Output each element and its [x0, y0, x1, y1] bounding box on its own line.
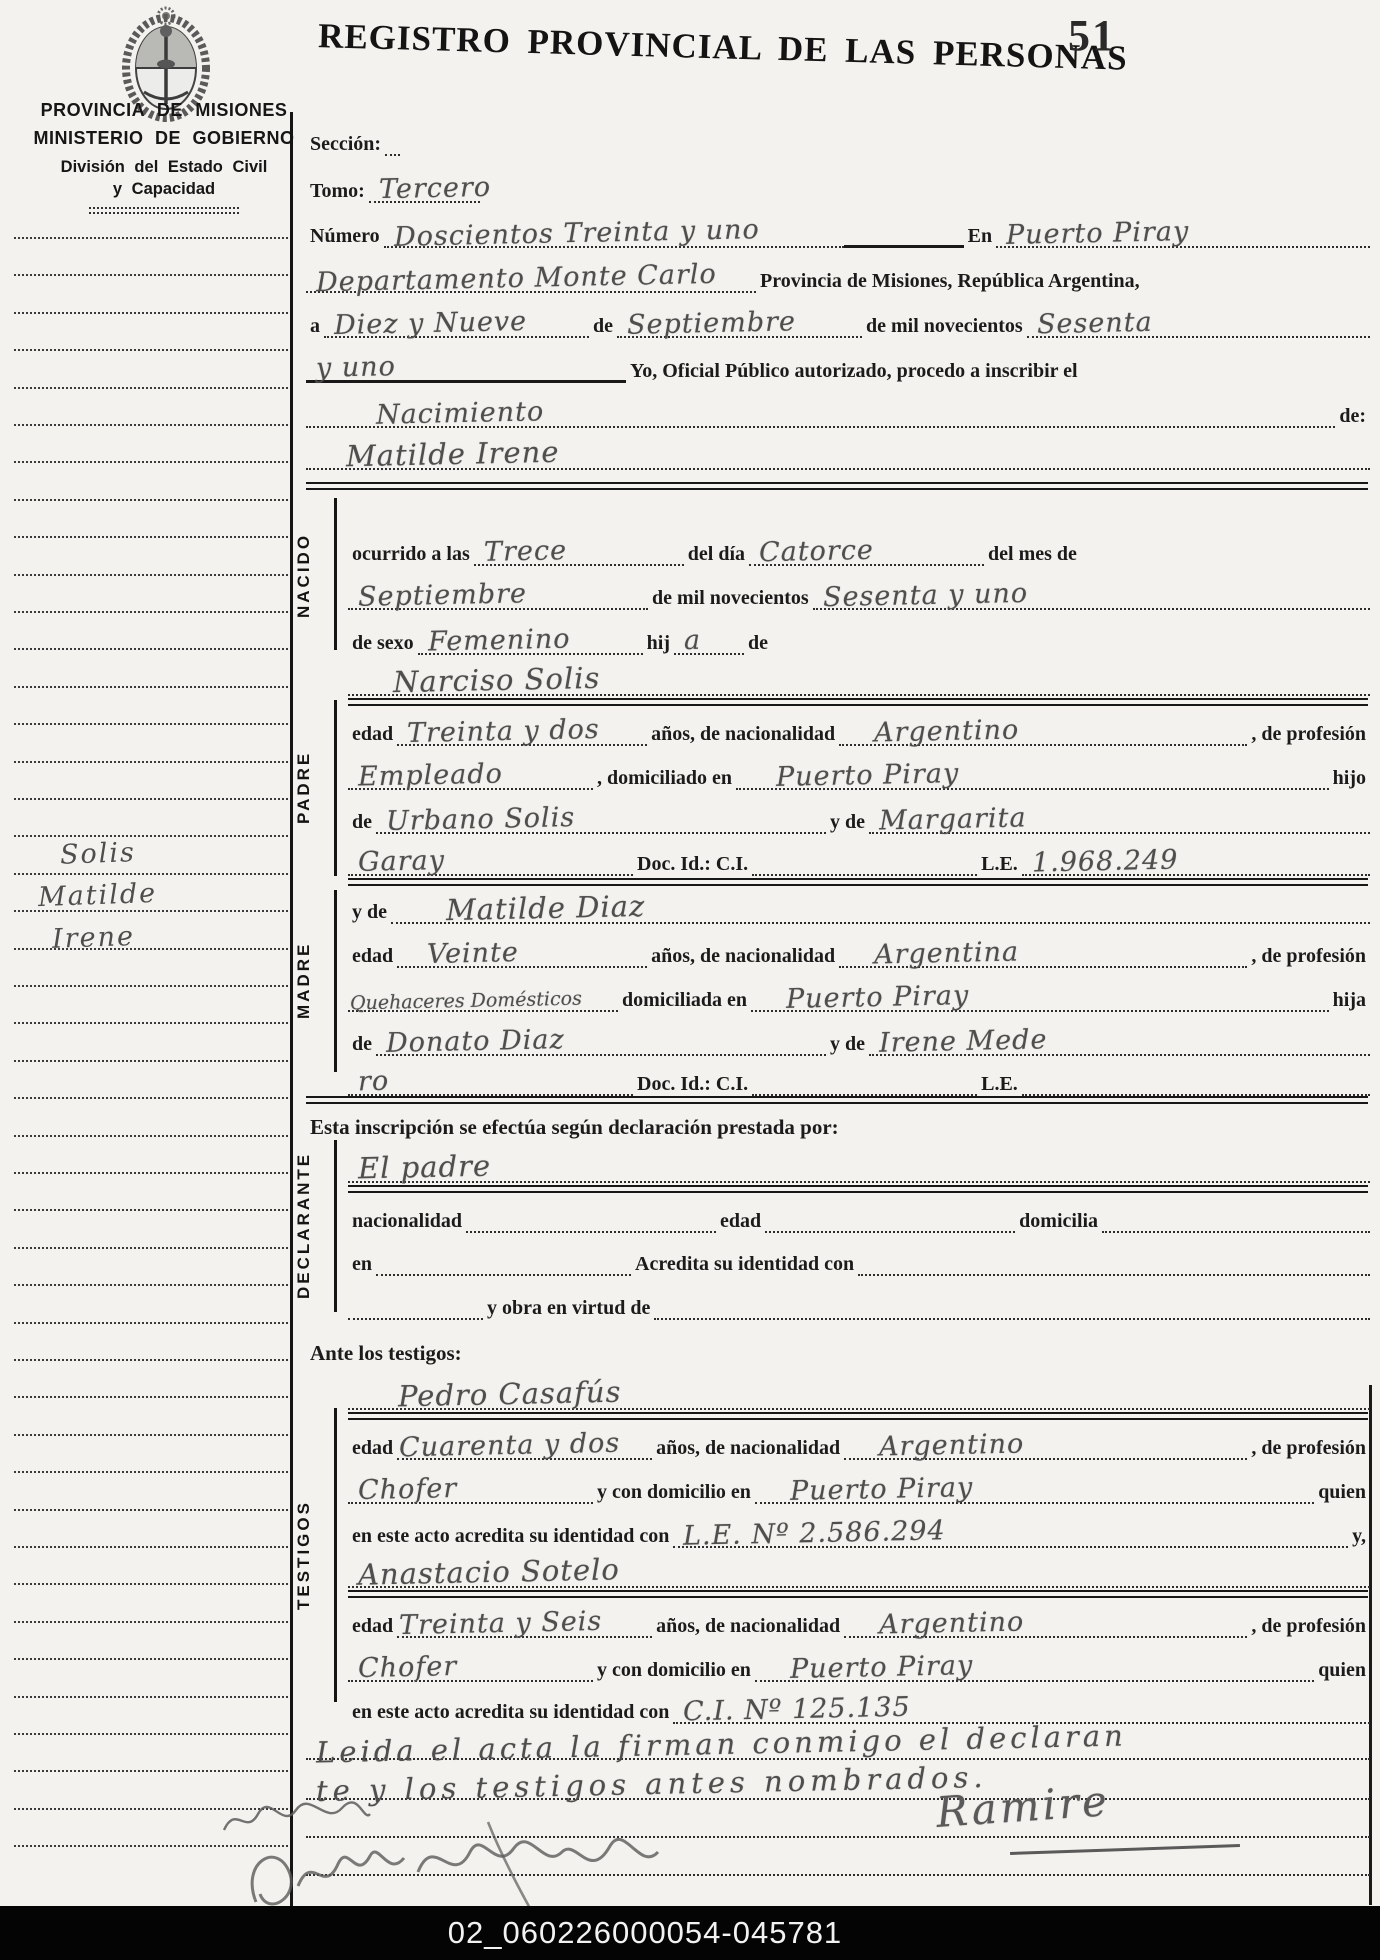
mes-nacimiento-field: Septiembre [348, 600, 648, 610]
margin-ruled-line [14, 1322, 288, 1324]
row-testigo2-domicilio: Chofer y con domicilio en Puerto Piray q… [348, 1644, 1370, 1682]
del-dia-label: del día [684, 544, 749, 566]
padre-profesion-label: , de profesión [1247, 724, 1370, 746]
row-madre-nombre: y de Matilde Diaz [348, 886, 1370, 924]
inscripto-nombre: Matilde Irene [346, 438, 560, 471]
row-tomo: Tomo: Tercero [306, 165, 480, 203]
madre-domicilio-label: domiciliada en [618, 990, 751, 1012]
section-label-declarante: DECLARANTE [294, 1135, 330, 1315]
margin-ruled-line [14, 1733, 288, 1735]
row-cierre-1: Leida el acta la firman conmigo el decla… [306, 1722, 1370, 1760]
madre-doc-label: Doc. Id.: C.I. [633, 1074, 752, 1096]
padre-de-label: de [348, 812, 376, 834]
margin-ruled-line [14, 461, 288, 463]
form-left-border [290, 112, 293, 1906]
margin-ruled-line [14, 985, 288, 987]
numero-filler-line [844, 237, 964, 248]
margin-ruled-line [14, 1209, 288, 1211]
padre-abuela-value-1: Margarita [879, 804, 1027, 834]
padre-nombre-value: Narciso Solis [393, 664, 601, 697]
row-testigo1-nombre: Pedro Casafús [348, 1372, 1370, 1410]
testigo2-nombre-field: Anastacio Sotelo [348, 1578, 1370, 1588]
margin-ruled-line [14, 499, 288, 501]
row-declarante-datos: nacionalidad edad domicilia [348, 1195, 1370, 1233]
declarante-en-field [376, 1266, 631, 1276]
madre-nombre-field: Matilde Diaz [391, 914, 1370, 924]
padre-ci-field [752, 866, 977, 876]
seccion-field [385, 146, 400, 156]
testigo2-documento-value: C.I. Nº 125.135 [683, 1694, 911, 1726]
margin-ruled-line [14, 574, 288, 576]
testigo1-edad-label: edad [348, 1438, 397, 1460]
row-madre-abuelos: de Donato Diaz y de Irene Mede [348, 1018, 1370, 1056]
rule-under-padre-nombre [348, 698, 1368, 706]
anio-nacimiento-field: Sesenta y uno [813, 600, 1370, 610]
tomo-value: Tercero [379, 174, 492, 203]
declarante-edad-label: edad [716, 1211, 765, 1233]
testigo1-documento-value: L.E. Nº 2.586.294 [683, 1517, 946, 1549]
row-acto: Nacimiento de: [306, 390, 1370, 428]
madre-domicilio-field: Puerto Piray [751, 1002, 1329, 1012]
margin-ruled-line [14, 424, 288, 426]
padre-domicilio-field: Puerto Piray [736, 780, 1329, 790]
testigo2-nombre-value: Anastacio Sotelo [358, 1555, 620, 1589]
margin-ruled-line [14, 312, 288, 314]
padre-y-de-label: y de [826, 812, 869, 834]
declarante-obra-pre-field [348, 1310, 483, 1320]
row-departamento: Departamento Monte Carlo Provincia de Mi… [306, 255, 1370, 293]
testigo1-acredita-label: en este acto acredita su identidad con [348, 1526, 673, 1548]
padre-profesion-field: Empleado [348, 780, 593, 790]
section-bracket-testigos [334, 1408, 337, 1702]
mes-field: Septiembre [617, 328, 862, 338]
margin-ruled-line [14, 1434, 288, 1436]
tomo-field: Tercero [369, 193, 480, 203]
row-padre-abuelos: de Urbano Solis y de Margarita [348, 796, 1370, 834]
declarante-obra-label: y obra en virtud de [483, 1298, 654, 1320]
madre-de-label: de [348, 1034, 376, 1056]
declarante-domicilia-field [1102, 1223, 1370, 1233]
numero-value: Doscientos Treinta y uno [393, 216, 759, 251]
margin-ruled-line [14, 1097, 288, 1099]
margin-note: Solis Matilde Irene [38, 838, 157, 964]
margin-ruled-line [14, 1022, 288, 1024]
acto-field: Nacimiento [306, 418, 1335, 428]
mes-nacimiento-value: Septiembre [358, 580, 528, 611]
row-testigo2-documento: en este acto acredita su identidad con C… [348, 1686, 1370, 1724]
margin-ruled-line [14, 761, 288, 763]
madre-edad-value: Veinte [427, 939, 519, 968]
madre-profesion-label: , de profesión [1247, 946, 1370, 968]
padre-abuela-value-2: Garay [358, 847, 445, 876]
madre-abuela-value-1: Irene Mede [879, 1026, 1048, 1057]
row-testigo1-edad: edad Cuarenta y dos años, de nacionalida… [348, 1422, 1370, 1460]
margin-ruled-line [14, 1546, 288, 1548]
margin-ruled-line [14, 237, 288, 239]
madre-abuelo-value: Donato Diaz [386, 1026, 565, 1057]
declarante-en-label: en [348, 1254, 376, 1276]
margin-ruled-line [14, 723, 288, 725]
padre-le-label: L.E. [977, 854, 1022, 876]
declarante-intro-text: Esta inscripción se efectúa según declar… [306, 1117, 843, 1140]
testigo1-nacionalidad-field: Argentino [844, 1450, 1247, 1460]
row-madre-doc: ro Doc. Id.: C.I. L.E. [348, 1058, 1370, 1096]
rule-under-padre [348, 878, 1368, 886]
testigo1-nacionalidad-value: Argentino [879, 1430, 1025, 1460]
padre-domicilio-value: Puerto Piray [776, 760, 960, 791]
hij-sufijo-field: a [674, 645, 744, 655]
padre-abuelo-value: Urbano Solis [386, 804, 576, 835]
margin-ruled-line [14, 349, 288, 351]
en-value: Puerto Piray [1006, 218, 1190, 249]
padre-nacionalidad-value: Argentino [874, 716, 1020, 746]
de-label: de [589, 316, 617, 338]
row-sexo: de sexo Femenino hij a de [348, 617, 820, 655]
section-label-testigos: TESTIGOS [294, 1405, 330, 1705]
row-padre-doc: Garay Doc. Id.: C.I. L.E. 1.968.249 [348, 838, 1370, 876]
row-declarante-valor: El padre [348, 1145, 1370, 1183]
margin-ruled-line [14, 648, 288, 650]
page-number: 51 [1068, 10, 1116, 61]
testigo1-nombre-value: Pedro Casafús [398, 1378, 622, 1412]
row-seccion: Sección: [306, 118, 400, 156]
agency-line-4: y Capacidad [18, 180, 310, 199]
row-inscripto: Matilde Irene [306, 432, 1370, 470]
section-label-nacido: NACIDO [294, 495, 330, 655]
padre-nombre-field: Narciso Solis [348, 686, 1370, 696]
section-bracket-padre [334, 700, 337, 876]
agency-line-1: PROVINCIA DE MISIONES [18, 100, 310, 121]
testigo2-edad-value: Treinta y Seis [399, 1608, 603, 1639]
madre-edad-field: Veinte [397, 958, 647, 968]
agency-line-3: División del Estado Civil [18, 158, 310, 177]
madre-nacionalidad-label: años, de nacionalidad [647, 946, 839, 968]
padre-abuelo-field: Urbano Solis [376, 824, 826, 834]
ocurrido-label: ocurrido a las [348, 544, 474, 566]
margin-ruled-line [14, 1583, 288, 1585]
testigo2-profesion-value: Chofer [358, 1653, 458, 1682]
row-testigo2-nombre: Anastacio Sotelo [348, 1550, 1370, 1588]
testigo1-domicilio-field: Puerto Piray [755, 1494, 1314, 1504]
del-mes-label: del mes de [984, 544, 1081, 566]
margin-ruled-line [14, 1658, 288, 1660]
margin-note-name2: Irene [51, 920, 157, 955]
margin-ruled-line [14, 611, 288, 613]
madre-le-field [1022, 1086, 1370, 1096]
section-bracket-declarante [334, 1140, 337, 1312]
margin-ruled-line [14, 1621, 288, 1623]
margin-ruled-line [14, 1509, 288, 1511]
margin-ruled-line [14, 798, 288, 800]
testigo2-profesion-label: , de profesión [1247, 1616, 1370, 1638]
dia-value: Diez y Nueve [334, 308, 528, 339]
declarante-domicilia-label: domicilia [1015, 1211, 1102, 1233]
hora-field: Trece [474, 556, 684, 566]
margin-ruled-line [14, 1359, 288, 1361]
rule-under-inscripto [306, 482, 1368, 490]
row-testigo1-documento: en este acto acredita su identidad con L… [348, 1510, 1370, 1548]
departamento-value: Departamento Monte Carlo [316, 261, 717, 296]
declarante-edad-field [765, 1223, 1015, 1233]
novecientos-nacido-text: de mil novecientos [648, 588, 813, 610]
testigo1-domicilio-value: Puerto Piray [790, 1474, 974, 1505]
declarante-acredita-label: Acredita su identidad con [631, 1254, 858, 1276]
footer-code: 02_060226000054-045781 [0, 1915, 1290, 1951]
rule-under-testigo1-nombre [348, 1412, 1368, 1420]
sexo-field: Femenino [418, 645, 643, 655]
margin-note-name1: Matilde [37, 878, 157, 913]
scanned-birth-record-page: REGISTRO PROVINCIAL DE LAS PERSONAS 51 P… [0, 0, 1380, 1960]
padre-hijo-label: hijo [1329, 768, 1370, 790]
madre-edad-label: edad [348, 946, 397, 968]
padre-abuela-field-2: Garay [348, 866, 633, 876]
testigo2-domicilio-value: Puerto Piray [790, 1652, 974, 1683]
testigo2-domicilio-field: Puerto Piray [755, 1672, 1314, 1682]
declarante-acredita-field [858, 1266, 1370, 1276]
anio-value-2: y uno [316, 353, 396, 382]
en-label: En [964, 226, 996, 248]
sexo-label: de sexo [348, 633, 418, 655]
testigo2-edad-field: Treinta y Seis [397, 1628, 652, 1638]
de-hijo-label: de [744, 633, 772, 655]
declarante-valor: El padre [358, 1152, 492, 1184]
section-label-padre: PADRE [294, 695, 330, 880]
novecientos-text: de mil novecientos [862, 316, 1027, 338]
margin-ruled-line [14, 686, 288, 688]
cierre-field-2: te y los testigos antes nombrados. [306, 1790, 1370, 1800]
rule-under-declarante [348, 1185, 1368, 1193]
madre-abuela-field: Irene Mede [869, 1046, 1370, 1056]
provincia-text: Provincia de Misiones, República Argenti… [756, 271, 1144, 293]
hij-label: hij [643, 633, 674, 655]
padre-domicilio-label: , domiciliado en [593, 768, 736, 790]
numero-label: Número [306, 226, 384, 248]
oficial-text: Yo, Oficial Público autorizado, procedo … [626, 361, 1082, 383]
margin-ruled-line [14, 274, 288, 276]
madre-profesion-field: Quehaceres Domésticos [348, 1002, 618, 1012]
anio-field-2: y uno [306, 372, 626, 383]
row-padre-domicilio: Empleado , domiciliado en Puerto Piray h… [348, 752, 1370, 790]
dia-nacimiento-field: Catorce [749, 556, 984, 566]
row-madre-edad: edad Veinte años, de nacionalidad Argent… [348, 930, 1370, 968]
testigo2-edad-label: edad [348, 1616, 397, 1638]
page-title: REGISTRO PROVINCIAL DE LAS PERSONAS [318, 16, 1029, 76]
row-numero: Número Doscientos Treinta y uno En Puert… [306, 210, 1370, 248]
declarante-obra-field [654, 1310, 1370, 1320]
testigo1-domicilio-label: y con domicilio en [593, 1482, 755, 1504]
padre-edad-field: Treinta y dos [397, 736, 647, 746]
madre-y-de-label-2: y de [826, 1034, 869, 1056]
numero-field: Doscientos Treinta y uno [384, 238, 844, 248]
margin-ruled-line [14, 1696, 288, 1698]
inscripto-field: Matilde Irene [306, 460, 1370, 470]
margin-ruled-line [14, 1247, 288, 1249]
en-field: Puerto Piray [996, 238, 1370, 248]
testigo1-documento-field: L.E. Nº 2.586.294 [673, 1538, 1348, 1548]
margin-note-surname: Solis [59, 836, 157, 870]
dia-field: Diez y Nueve [324, 328, 589, 338]
row-madre-domicilio: Quehaceres Domésticos domiciliada en Pue… [348, 974, 1370, 1012]
agency-underline [89, 207, 239, 214]
agency-block: PROVINCIA DE MISIONES MINISTERIO DE GOBI… [18, 100, 310, 214]
madre-nombre-value: Matilde Diaz [446, 892, 646, 925]
anio-nacimiento-value: Sesenta y uno [822, 580, 1028, 611]
cierre-line-1: Leida el acta la firman conmigo el decla… [316, 1722, 1127, 1768]
margin-ruled-line [14, 1770, 288, 1772]
margin-ruled-line [14, 1172, 288, 1174]
row-testigos-intro: Ante los testigos: [306, 1328, 1370, 1366]
agency-line-2: MINISTERIO DE GOBIERNO [18, 128, 310, 149]
padre-profesion-value: Empleado [358, 760, 503, 790]
rule-under-testigo2-nombre [348, 1590, 1368, 1598]
testigo2-nacionalidad-label: años, de nacionalidad [652, 1616, 844, 1638]
row-oficial: y uno Yo, Oficial Público autorizado, pr… [306, 345, 1370, 383]
testigo1-profesion-value: Chofer [358, 1475, 458, 1504]
section-bracket-madre [334, 890, 337, 1072]
madre-ci-field [752, 1086, 977, 1096]
testigo1-y-label: y, [1348, 1526, 1370, 1548]
madre-y-de-label: y de [348, 902, 391, 924]
dia-nacimiento-value: Catorce [759, 537, 874, 566]
margin-ruled-line [14, 1471, 288, 1473]
padre-edad-label: edad [348, 724, 397, 746]
row-declarante-identidad: en Acredita su identidad con [348, 1238, 1370, 1276]
madre-le-label: L.E. [977, 1074, 1022, 1096]
testigo2-profesion-field: Chofer [348, 1672, 593, 1682]
anio-value-1: Sesenta [1036, 309, 1152, 338]
row-padre-nombre: Narciso Solis [348, 658, 1370, 696]
testigo1-profesion-field: Chofer [348, 1494, 593, 1504]
row-nacido-mes-anio: Septiembre de mil novecientos Sesenta y … [348, 572, 1370, 610]
margin-ruled-line [14, 1135, 288, 1137]
testigo2-nacionalidad-value: Argentino [879, 1608, 1025, 1638]
row-padre-edad: edad Treinta y dos años, de nacionalidad… [348, 708, 1370, 746]
madre-abuela-value-2: ro [358, 1068, 390, 1096]
madre-nacionalidad-field: Argentina [839, 958, 1247, 968]
acto-value: Nacimiento [376, 398, 545, 429]
section-bracket-nacido [334, 498, 337, 650]
hij-sufijo-value: a [684, 627, 702, 654]
margin-ruled-line [14, 536, 288, 538]
declarante-field: El padre [348, 1173, 1370, 1183]
row-declarante-obra: y obra en virtud de [348, 1282, 1370, 1320]
testigo2-nacionalidad-field: Argentino [844, 1628, 1247, 1638]
madre-profesion-value: Quehaceres Domésticos [350, 990, 582, 1014]
footer-bar: 02_060226000054-045781 [0, 1906, 1380, 1960]
margin-ruled-line [14, 1396, 288, 1398]
row-cierre-2: te y los testigos antes nombrados. [306, 1762, 1370, 1800]
madre-abuela-field-2: ro [348, 1086, 633, 1096]
testigo1-edad-field: Cuarenta y dos [397, 1450, 652, 1460]
margin-ruled-line [14, 387, 288, 389]
row-testigo2-edad: edad Treinta y Seis años, de nacionalida… [348, 1600, 1370, 1638]
padre-nacionalidad-field: Argentino [839, 736, 1247, 746]
testigos-intro-text: Ante los testigos: [306, 1343, 466, 1366]
mes-value: Septiembre [627, 308, 797, 339]
testigo1-nombre-field: Pedro Casafús [348, 1400, 1370, 1410]
sexo-value: Femenino [427, 626, 570, 656]
departamento-field: Departamento Monte Carlo [306, 283, 756, 293]
margin-ruled-line [14, 1284, 288, 1286]
padre-abuela-field: Margarita [869, 824, 1370, 834]
anio-field: Sesenta [1027, 328, 1370, 338]
padre-nacionalidad-label: años, de nacionalidad [647, 724, 839, 746]
testigo1-profesion-label: , de profesión [1247, 1438, 1370, 1460]
declarante-nacionalidad-field [466, 1223, 716, 1233]
row-fecha: a Diez y Nueve de Septiembre de mil nove… [306, 300, 1370, 338]
testigo2-acredita-label: en este acto acredita su identidad con [348, 1702, 673, 1724]
madre-hija-label: hija [1329, 990, 1370, 1012]
madre-domicilio-value: Puerto Piray [786, 982, 970, 1013]
row-nacido-hora-dia: ocurrido a las Trece del día Catorce del… [348, 528, 1370, 566]
row-declarante-intro: Esta inscripción se efectúa según declar… [306, 1102, 1370, 1140]
declarante-nacionalidad-label: nacionalidad [348, 1211, 466, 1233]
madre-abuelo-field: Donato Diaz [376, 1046, 826, 1056]
section-label-madre: MADRE [294, 885, 330, 1075]
hora-value: Trece [484, 537, 568, 566]
padre-doc-label: Doc. Id.: C.I. [633, 854, 752, 876]
testigo1-edad-value: Cuarenta y dos [399, 1430, 621, 1462]
testigo2-quien-label: quien [1314, 1660, 1370, 1682]
padre-le-value: 1.968.249 [1032, 846, 1179, 876]
seccion-label: Sección: [306, 134, 385, 156]
madre-nacionalidad-value: Argentina [874, 938, 1020, 968]
row-testigo1-domicilio: Chofer y con domicilio en Puerto Piray q… [348, 1466, 1370, 1504]
tomo-label: Tomo: [306, 181, 369, 203]
padre-edad-value: Treinta y dos [407, 716, 600, 747]
de-suffix: de: [1335, 406, 1370, 428]
cierre-field-1: Leida el acta la firman conmigo el decla… [306, 1750, 1370, 1760]
testigo2-domicilio-label: y con domicilio en [593, 1660, 755, 1682]
margin-ruled-line [14, 1060, 288, 1062]
testigo1-quien-label: quien [1314, 1482, 1370, 1504]
padre-le-field: 1.968.249 [1022, 866, 1370, 876]
testigo1-nacionalidad-label: años, de nacionalidad [652, 1438, 844, 1460]
a-label: a [306, 316, 324, 338]
